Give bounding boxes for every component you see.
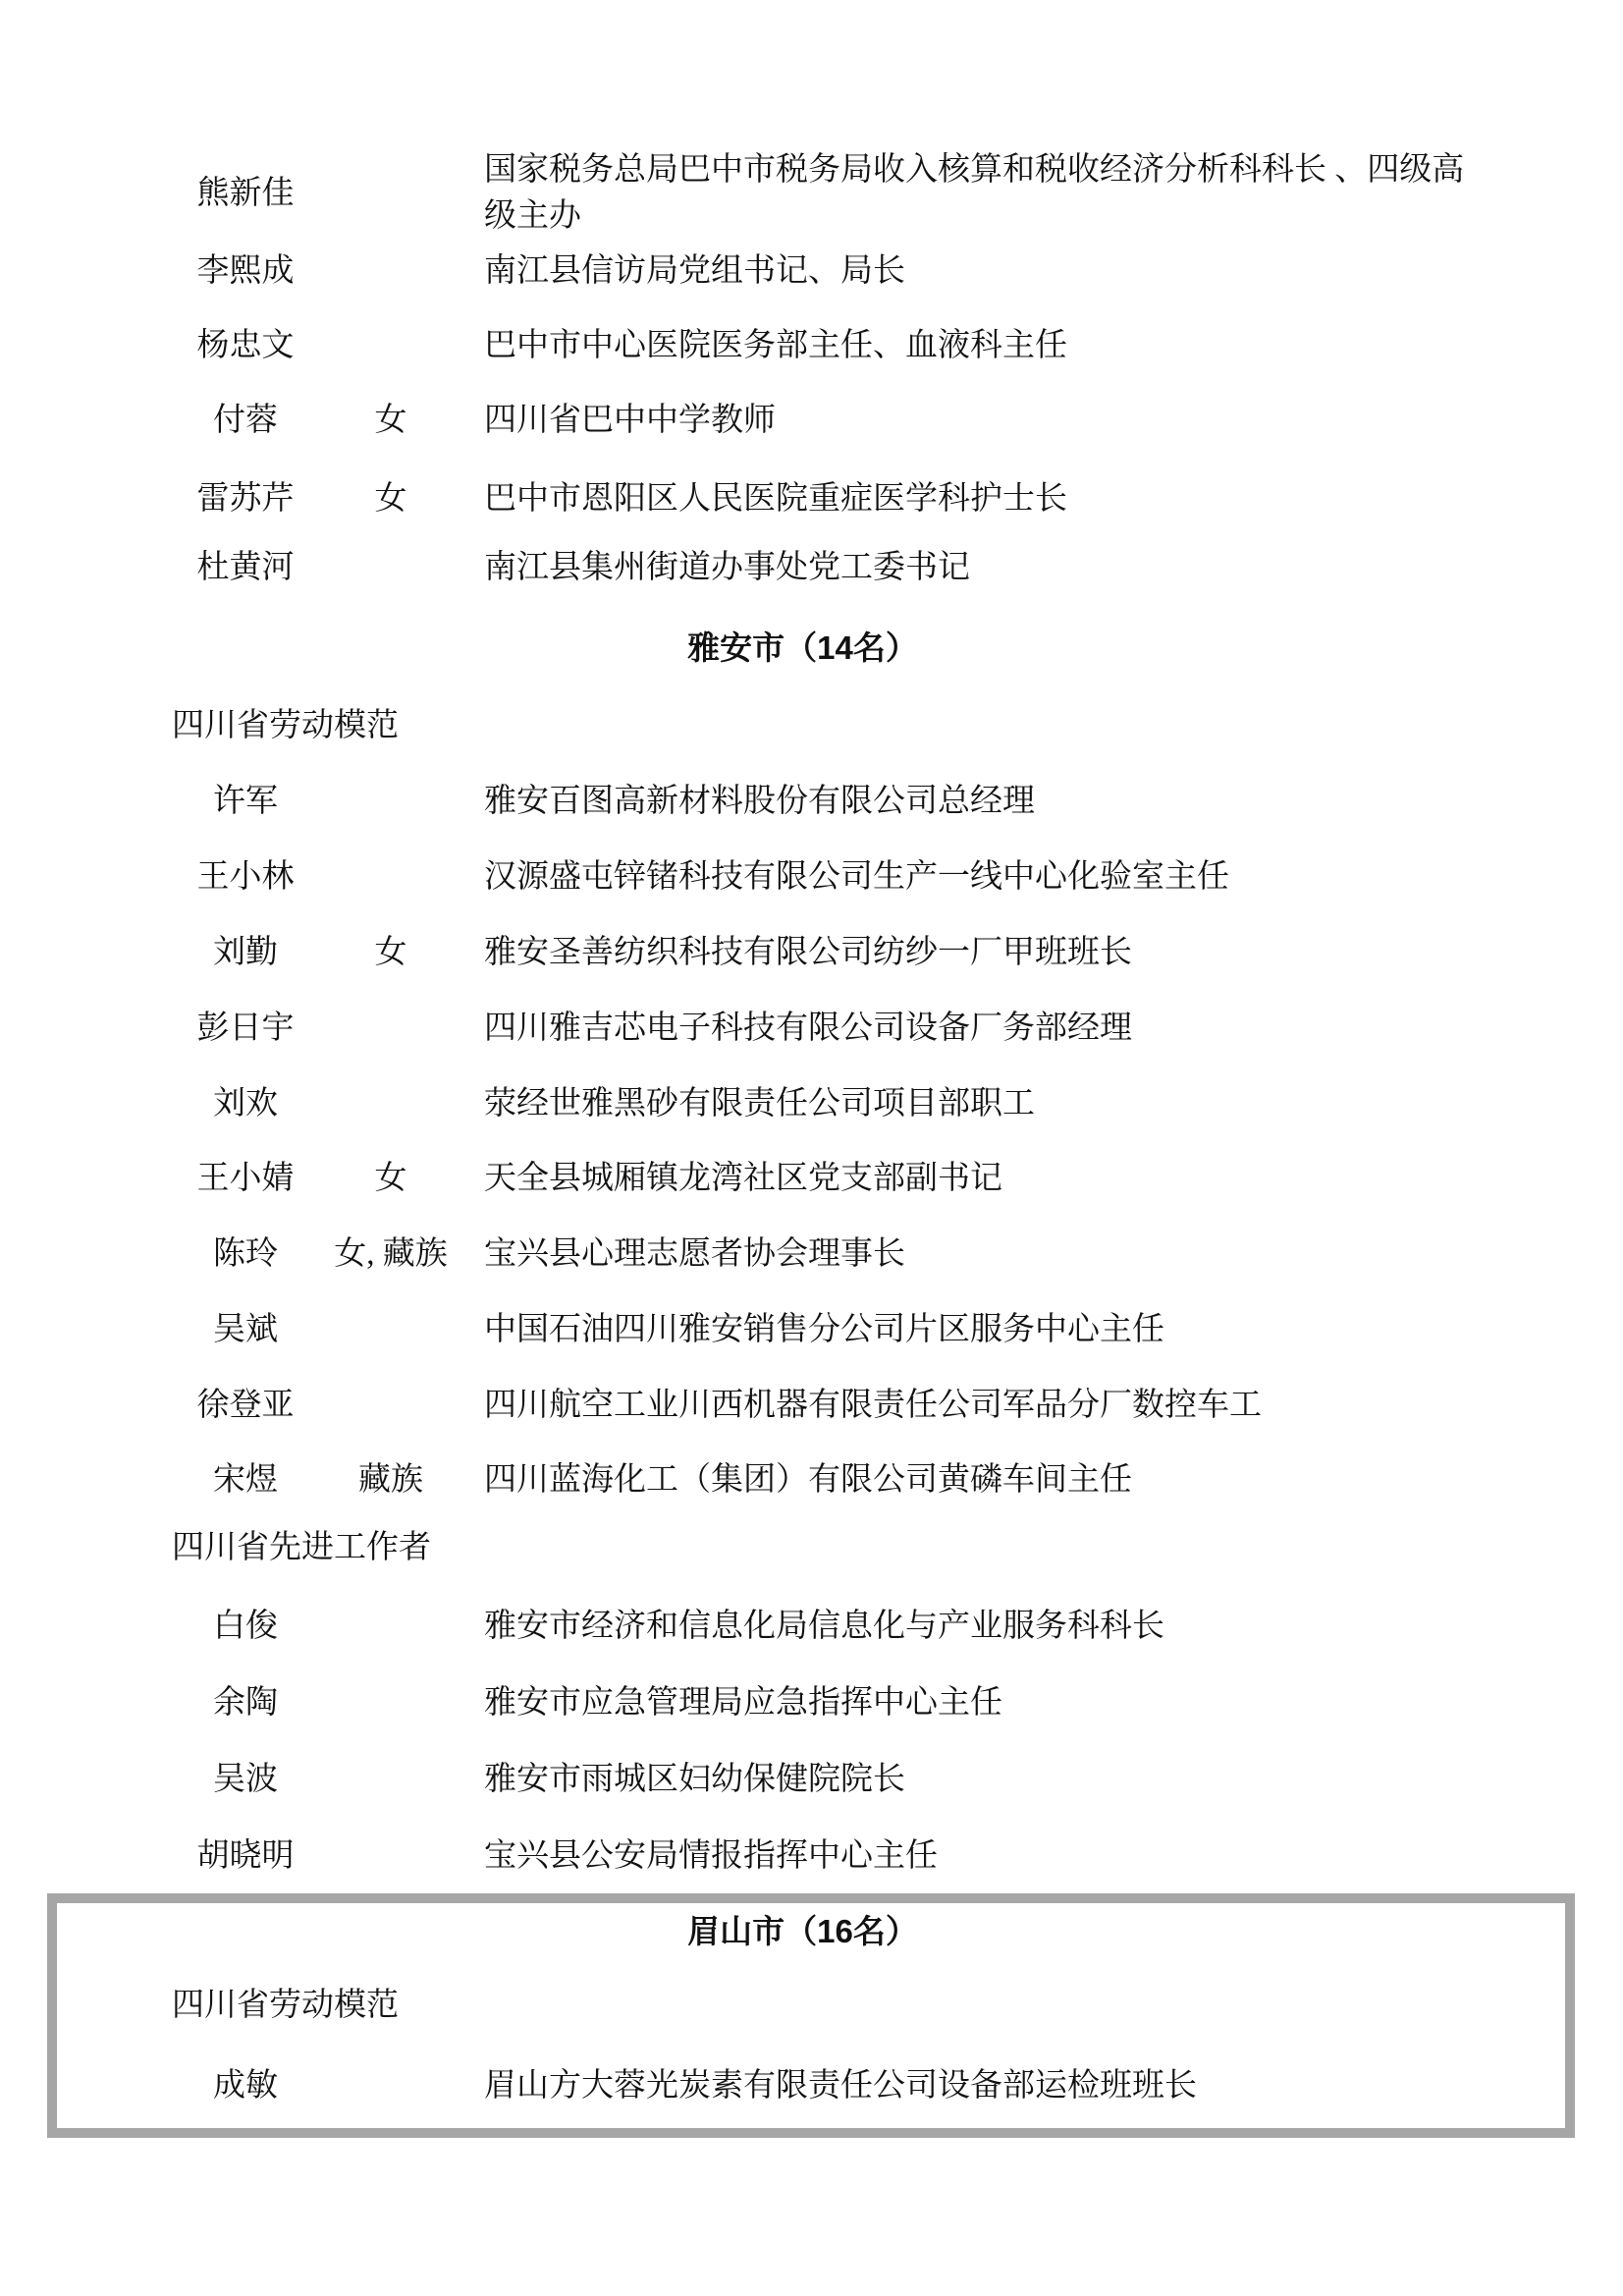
entry-name: 刘欢 <box>142 1087 349 1121</box>
entry-position: 雅安市应急管理局应急指挥中心主任 <box>484 1686 1476 1720</box>
city-heading: 眉山市（16名） <box>142 1915 1463 1948</box>
city-heading: 雅安市（14名） <box>142 631 1463 665</box>
entry-name: 徐登亚 <box>142 1389 349 1422</box>
entry-gender-ethnicity: 女, 藏族 <box>312 1237 469 1271</box>
entry-position: 国家税务总局巴中市税务局收入核算和税收经济分析科科长 、四级高 级主办 <box>484 147 1476 240</box>
award-category-label: 四川省先进工作者 <box>172 1531 431 1564</box>
entry-position: 汉源盛屯锌锗科技有限公司生产一线中心化验室主任 <box>484 860 1476 894</box>
entry-position: 宝兴县心理志愿者协会理事长 <box>484 1237 1476 1271</box>
entry-gender-ethnicity: 女 <box>312 482 469 516</box>
entry-name: 余陶 <box>142 1686 349 1720</box>
entry-name: 彭日宇 <box>142 1011 349 1045</box>
entry-name: 白俊 <box>142 1610 349 1643</box>
entry-position: 巴中市恩阳区人民医院重症医学科护士长 <box>484 482 1476 516</box>
award-category-label: 四川省劳动模范 <box>172 1989 399 2022</box>
entry-name: 杨忠文 <box>142 329 349 362</box>
entry-name: 熊新佳 <box>142 177 349 210</box>
entry-position: 荥经世雅黑砂有限责任公司项目部职工 <box>484 1087 1476 1121</box>
entry-position: 天全县城厢镇龙湾社区党支部副书记 <box>484 1162 1476 1195</box>
entry-position: 雅安市雨城区妇幼保健院院长 <box>484 1763 1476 1796</box>
entry-position: 眉山方大蓉光炭素有限责任公司设备部运检班班长 <box>484 2069 1476 2103</box>
entry-gender-ethnicity: 女 <box>312 1162 469 1195</box>
entry-name: 胡晓明 <box>142 1839 349 1873</box>
entry-name: 李熙成 <box>142 254 349 288</box>
entry-position: 南江县集州街道办事处党工委书记 <box>484 551 1476 584</box>
entry-gender-ethnicity: 女 <box>312 404 469 437</box>
entry-position: 雅安百图高新材料股份有限公司总经理 <box>484 785 1476 818</box>
entry-name: 杜黄河 <box>142 551 349 584</box>
entry-position: 南江县信访局党组书记、局长 <box>484 254 1476 288</box>
entry-gender-ethnicity: 藏族 <box>312 1463 469 1497</box>
entry-position: 雅安市经济和信息化局信息化与产业服务科科长 <box>484 1610 1476 1643</box>
entry-name: 吴斌 <box>142 1313 349 1346</box>
entry-position: 中国石油四川雅安销售分公司片区服务中心主任 <box>484 1313 1476 1346</box>
entry-position: 巴中市中心医院医务部主任、血液科主任 <box>484 329 1476 362</box>
entry-name: 许军 <box>142 785 349 818</box>
document-page: 熊新佳国家税务总局巴中市税务局收入核算和税收经济分析科科长 、四级高 级主办李熙… <box>0 0 1623 2296</box>
entry-position: 四川航空工业川西机器有限责任公司军品分厂数控车工 <box>484 1389 1476 1422</box>
entry-position: 四川蓝海化工（集团）有限公司黄磷车间主任 <box>484 1463 1476 1497</box>
entry-name: 成敏 <box>142 2069 349 2103</box>
entry-name: 吴波 <box>142 1763 349 1796</box>
award-category-label: 四川省劳动模范 <box>172 709 399 742</box>
entry-gender-ethnicity: 女 <box>312 936 469 969</box>
entry-name: 王小林 <box>142 860 349 894</box>
entry-position: 四川雅吉芯电子科技有限公司设备厂务部经理 <box>484 1011 1476 1045</box>
entry-position: 雅安圣善纺织科技有限公司纺纱一厂甲班班长 <box>484 936 1476 969</box>
entry-position: 四川省巴中中学教师 <box>484 404 1476 437</box>
entry-position: 宝兴县公安局情报指挥中心主任 <box>484 1839 1476 1873</box>
